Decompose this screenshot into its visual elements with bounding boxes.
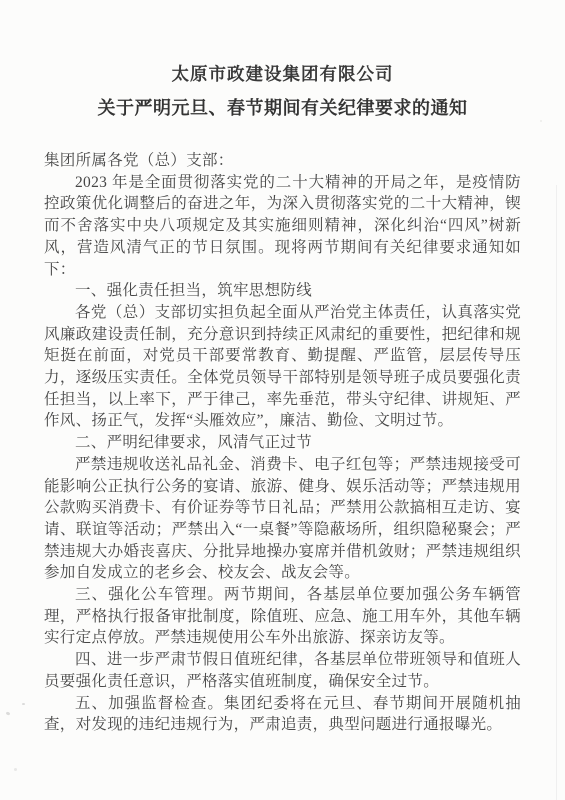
paragraph-section-5: 五、加强监督检查。集团纪委将在元旦、春节期间开展随机抽查，对发现的违纪违规行为，…	[44, 693, 521, 736]
paragraph-section-4: 四、进一步严肃节假日值班纪律，各基层单位带班领导和值班人员要强化责任意识，严格落…	[44, 649, 521, 692]
scanned-notice-page: 太原市政建设集团有限公司 关于严明元旦、春节期间有关纪律要求的通知 集团所属各党…	[0, 0, 565, 800]
scan-speck	[22, 703, 25, 705]
section-heading-2: 二、严明纪律要求，风清气正过节	[44, 432, 521, 454]
document-header: 太原市政建设集团有限公司 关于严明元旦、春节期间有关纪律要求的通知	[0, 0, 565, 120]
notice-title: 关于严明元旦、春节期间有关纪律要求的通知	[0, 96, 565, 120]
scan-edge-line	[556, 185, 557, 800]
document-body: 集团所属各党（总）支部： 2023 年是全面贯彻落实党的二十大精神的开局之年，是…	[44, 150, 521, 736]
salutation: 集团所属各党（总）支部：	[44, 150, 521, 172]
paragraph-section-3: 三、强化公车管理。两节期间，各基层单位要加强公务车辆管理，严格执行报备审批制度，…	[44, 584, 521, 649]
scan-speck	[540, 120, 542, 122]
scan-speck	[6, 711, 11, 715]
paragraph-section-1: 各党（总）支部切实担负起全面从严治党主体责任，认真落实党风廉政建设责任制，充分意…	[44, 302, 521, 432]
section-heading-1: 一、强化责任担当，筑牢思想防线	[44, 280, 521, 302]
paragraph-section-2: 严禁违规收送礼品礼金、消费卡、电子红包等；严禁违规接受可能影响公正执行公务的宴请…	[44, 454, 521, 584]
organization-title: 太原市政建设集团有限公司	[0, 62, 565, 86]
scan-speck	[14, 768, 17, 771]
paragraph-intro: 2023 年是全面贯彻落实党的二十大精神的开局之年，是疫情防控政策优化调整后的奋…	[44, 172, 521, 281]
